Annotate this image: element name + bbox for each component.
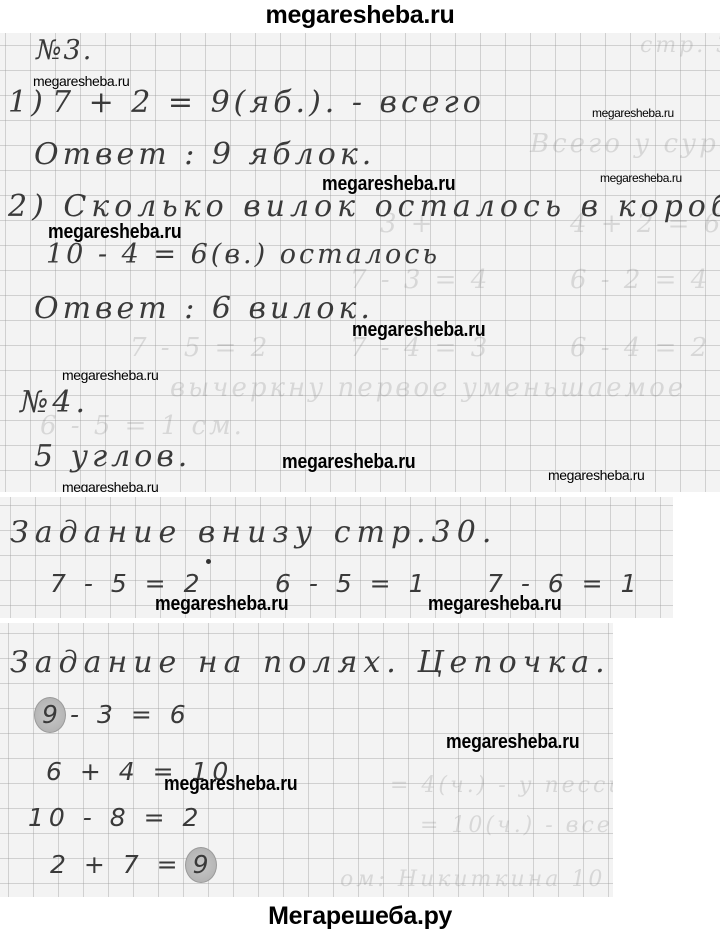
watermark: megaresheba.ru [548,467,644,483]
task-4-answer: 5 углов. [34,439,191,474]
bleed-through-text: 6 - 4 = 2 [570,333,710,363]
item-1-equation: 7 + 2 = 9(яб.). - всего [52,85,485,120]
bleed-through-text: 6 - 2 = 4 [570,265,710,295]
notebook-scan-tasks-3-4: стр. 31 Всего у суреслести 4 + 2 = 6 3 +… [0,33,720,492]
equation: 9- 3 = 6 [34,697,191,733]
bleed-through-text: Всего у суреслести [530,129,720,159]
bleed-through-text: вычеркну первое уменьшаемое [170,373,686,403]
bleed-through-text: 7 - 5 = 2 [130,333,270,363]
equation-rest: - 3 = 6 [70,700,191,729]
bleed-through-text: ом: Никиткина 10 шахмалайз. [340,867,613,892]
watermark: megaresheba.ru [428,593,562,616]
watermark: megaresheba.ru [282,451,416,474]
watermark: megaresheba.ru [600,171,682,185]
notebook-scan-task-page-30: Задание внизу стр.30. 7 - 5 = 2 6 - 5 = … [0,497,673,618]
watermark: megaresheba.ru [62,479,158,492]
item-1-answer: Ответ : 9 яблок. [34,137,375,172]
task-title: Задание внизу стр.30. [10,515,497,550]
circled-number: 9 [34,697,66,733]
circled-number: 9 [185,847,217,883]
ink-dot [206,559,211,564]
notebook-scan-chain-task: = 4(ч.) - у пессирки = 10(ч.) - всего у … [0,623,613,897]
watermark: megaresheba.ru [33,73,129,89]
watermark: megaresheba.ru [352,319,486,342]
watermark: megaresheba.ru [322,173,456,196]
equation: 10 - 8 = 2 [28,803,203,832]
watermark: megaresheba.ru [62,367,158,383]
watermark: megaresheba.ru [592,106,674,120]
watermark: megaresheba.ru [164,773,298,796]
site-header: megaresheba.ru [0,0,720,33]
task-title: Задание на полях. Цепочка. [10,645,611,680]
task-4-heading: №4. [20,385,89,420]
bleed-through-text: = 4(ч.) - у пессирки [390,773,613,798]
bleed-through-text: = 10(ч.) - всего у 2 пассажир [420,813,613,838]
item-2-answer: Ответ : 6 вилок. [34,291,374,326]
watermark: megaresheba.ru [155,593,289,616]
equation-rest: 2 + 7 = [50,850,183,879]
item-1-label: 1) [8,85,47,120]
watermark: megaresheba.ru [446,731,580,754]
bleed-through-text: стр. 31 [640,33,720,58]
equation: 2 + 7 =9 [50,847,221,883]
equation: 6 - 5 = 1 [275,569,429,598]
watermark: megaresheba.ru [48,221,182,244]
site-footer: Мегарешеба.ру [0,897,720,935]
task-3-heading: №3. [36,35,93,66]
